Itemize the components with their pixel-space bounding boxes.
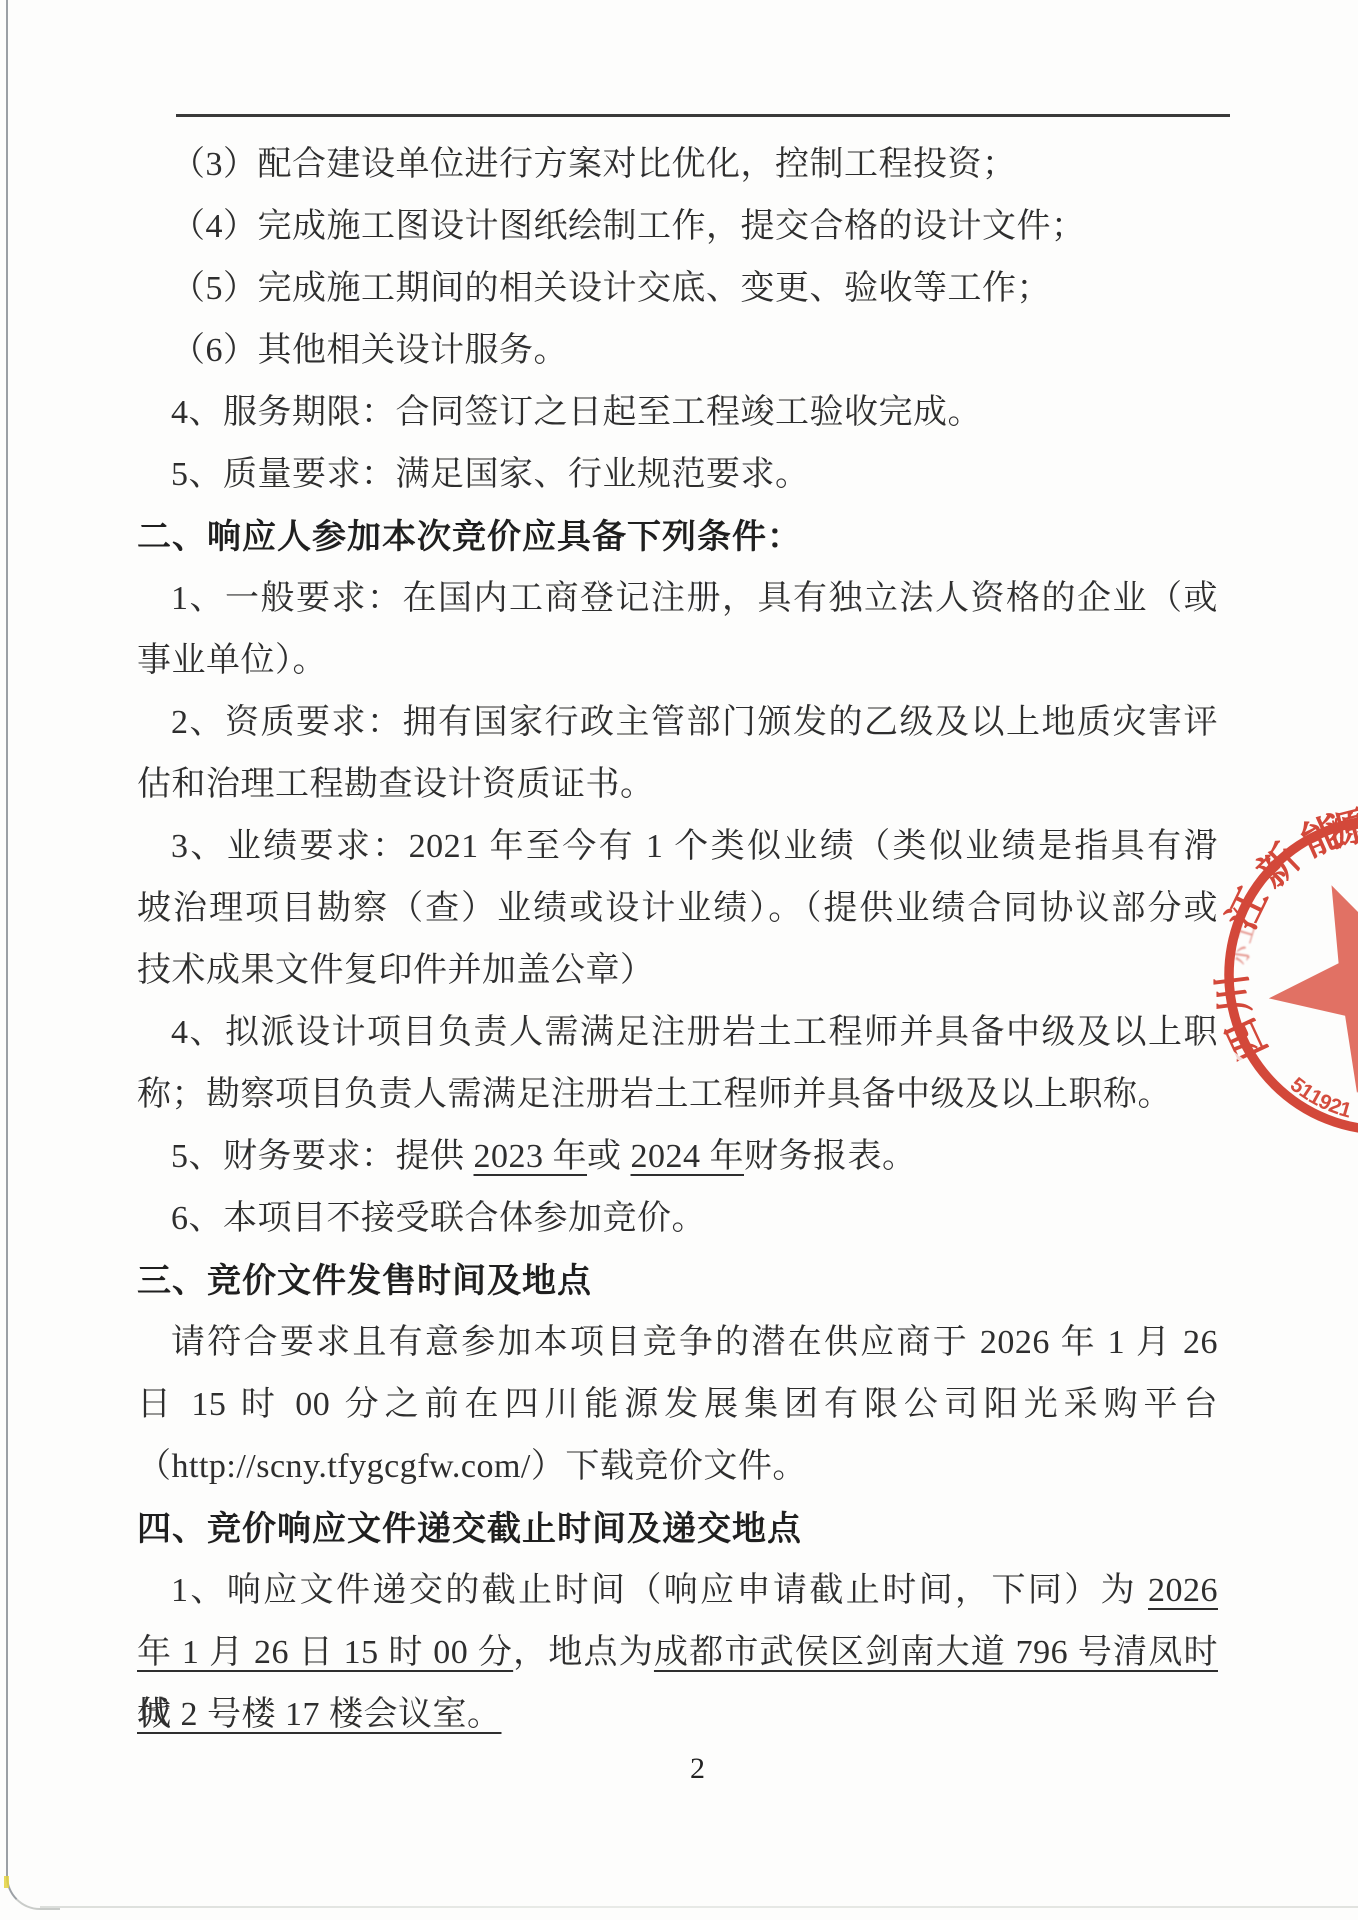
- svg-text:9: 9: [1315, 1090, 1335, 1116]
- text-line: （http://scny.tfygcgfw.com/）下载竞价文件。: [137, 1436, 1218, 1498]
- text-line: 3、业绩要求：2021 年至今有 1 个类似业绩（类似业绩是指具有滑: [137, 816, 1218, 878]
- text-run: （6）其他相关设计服务。: [171, 332, 568, 369]
- text-line: 6、本项目不接受联合体参加竞价。: [137, 1188, 1218, 1250]
- scan-bottom-edge-artifact: [40, 1906, 1358, 1908]
- text-line: 5、质量要求：满足国家、行业规范要求。: [137, 444, 1218, 506]
- text-run: 2、资质要求：拥有国家行政主管部门颁发的乙级及以上地质灾害评: [171, 704, 1218, 741]
- text-line: 估和治理工程勘查设计资质证书。: [137, 754, 1218, 816]
- svg-text:2: 2: [1326, 1094, 1345, 1120]
- text-line: 4、服务期限：合同签订之日起至工程竣工验收完成。: [137, 382, 1218, 444]
- text-line: 5、财务要求：提供 2023 年或 2024 年财务报表。: [137, 1126, 1218, 1188]
- text-run: 财务报表。: [744, 1138, 917, 1175]
- text-line: （6）其他相关设计服务。: [137, 320, 1218, 382]
- underlined-text: 城 2 号楼 17 楼会议室。: [137, 1696, 502, 1733]
- svg-text:1: 1: [1305, 1085, 1327, 1111]
- seal-ring: [1229, 820, 1358, 1130]
- text-run: 四、竞价响应文件递交截止时间及递交地点: [137, 1510, 802, 1548]
- svg-text:工: 工: [1234, 921, 1260, 945]
- section-heading: 四、竞价响应文件递交截止时间及递交地点: [137, 1498, 1218, 1560]
- text-line: 坡治理项目勘察（查）业绩或设计业绩）。（提供业绩合同协议部分或: [137, 878, 1218, 940]
- text-run: （3）配合建设单位进行方案对比优化，控制工程投资；: [171, 146, 1017, 183]
- star-icon: [1269, 885, 1358, 1093]
- text-line: 事业单位）。: [137, 630, 1218, 692]
- svg-text:1: 1: [1295, 1079, 1318, 1105]
- text-run: 三、竞价文件发售时间及地点: [137, 1262, 592, 1300]
- text-run: 1、一般要求：在国内工商登记注册，具有独立法人资格的企业（或: [171, 580, 1218, 617]
- text-run: （http://scny.tfygcgfw.com/）下载竞价文件。: [137, 1448, 807, 1485]
- text-line: （5）完成施工期间的相关设计交底、变更、验收等工作；: [137, 258, 1218, 320]
- text-run: 事业单位）。: [137, 642, 327, 679]
- text-run: 4、拟派设计项目负责人需满足注册岩土工程师并具备中级及以上职: [171, 1014, 1218, 1051]
- text-run: （5）完成施工期间的相关设计交底、变更、验收等工作；: [171, 270, 1051, 307]
- text-run: 称；勘察项目负责人需满足注册岩土工程师并具备中级及以上职称。: [137, 1076, 1172, 1113]
- text-run: 坡治理项目勘察（查）业绩或设计业绩）。（提供业绩合同协议部分或: [137, 890, 1218, 927]
- text-run: 请符合要求且有意参加本项目竞争的潜在供应商于 2026 年 1 月 26: [171, 1324, 1218, 1361]
- text-run: 5、财务要求：提供: [171, 1138, 474, 1175]
- svg-text:1: 1: [1337, 1097, 1355, 1122]
- seal-crack-artifact: [1218, 1042, 1244, 1062]
- text-run: 1、响应文件递交的截止时间（响应申请截止时间，下同）为: [171, 1572, 1148, 1609]
- underlined-text: 2026: [1148, 1572, 1218, 1609]
- text-run: （4）完成施工图设计图纸绘制工作，提交合格的设计文件；: [171, 208, 1086, 245]
- text-run: 二、响应人参加本次竞价应具备下列条件：: [137, 518, 802, 556]
- text-run: 6、本项目不接受联合体参加竞价。: [171, 1200, 706, 1237]
- section-heading: 三、竞价文件发售时间及地点: [137, 1250, 1218, 1312]
- scanned-document-page: （3）配合建设单位进行方案对比优化，控制工程投资；（4）完成施工图设计图纸绘制工…: [0, 0, 1358, 1920]
- text-line: 请符合要求且有意参加本项目竞争的潜在供应商于 2026 年 1 月 26: [137, 1312, 1218, 1374]
- text-line: 称；勘察项目负责人需满足注册岩土工程师并具备中级及以上职称。: [137, 1064, 1218, 1126]
- underlined-text: 2023 年: [474, 1138, 588, 1175]
- text-line: 技术成果文件复印件并加盖公章）: [137, 940, 1218, 1002]
- svg-text:小: 小: [1229, 943, 1254, 966]
- text-run: 4、服务期限：合同签订之日起至工程竣工验收完成。: [171, 394, 982, 431]
- text-line: 日 15 时 00 分之前在四川能源发展集团有限公司阳光采购平台: [137, 1374, 1218, 1436]
- text-line: （3）配合建设单位进行方案对比优化，控制工程投资；: [137, 134, 1218, 196]
- scan-corner-artifact: [6, 1820, 60, 1910]
- text-line: 4、拟派设计项目负责人需满足注册岩土工程师并具备中级及以上职: [137, 1002, 1218, 1064]
- text-run: 估和治理工程勘查设计资质证书。: [137, 766, 655, 803]
- text-run: 日 15 时 00 分之前在四川能源发展集团有限公司阳光采购平台: [137, 1386, 1218, 1423]
- svg-text:能: 能: [1295, 808, 1350, 865]
- seal-crack-artifact: [1230, 812, 1272, 862]
- text-run: ，地点为: [513, 1634, 654, 1671]
- text-run: 或: [587, 1138, 631, 1175]
- underlined-text: 2024 年: [631, 1138, 745, 1175]
- text-line: 2、资质要求：拥有国家行政主管部门颁发的乙级及以上地质灾害评: [137, 692, 1218, 754]
- seal-arc-text: 四 川 小 工 江 新 能 源: [1210, 803, 1358, 1066]
- text-line: 城 2 号楼 17 楼会议室。: [137, 1684, 1218, 1746]
- text-line: 年 1 月 26 日 15 时 00 分，地点为成都市武侯区剑南大道 796 号…: [137, 1622, 1218, 1684]
- text-run: 技术成果文件复印件并加盖公章）: [137, 952, 655, 989]
- document-body: （3）配合建设单位进行方案对比优化，控制工程投资；（4）完成施工图设计图纸绘制工…: [137, 134, 1218, 1746]
- text-run: 5、质量要求：满足国家、行业规范要求。: [171, 456, 810, 493]
- text-line: （4）完成施工图设计图纸绘制工作，提交合格的设计文件；: [137, 196, 1218, 258]
- svg-text:5: 5: [1286, 1073, 1310, 1099]
- scan-yellow-mark-artifact: [4, 1876, 9, 1888]
- text-line: 1、一般要求：在国内工商登记注册，具有独立法人资格的企业（或: [137, 568, 1218, 630]
- svg-text:江: 江: [1220, 881, 1277, 936]
- seal-code: 5 1 1 9 2 1: [1286, 1073, 1355, 1123]
- scan-left-edge-artifact: [6, 0, 8, 1878]
- header-rule: [176, 114, 1230, 117]
- text-run: 3、业绩要求：2021 年至今有 1 个类似业绩（类似业绩是指具有滑: [171, 828, 1218, 865]
- svg-text:新: 新: [1249, 837, 1308, 896]
- text-line: 1、响应文件递交的截止时间（响应申请截止时间，下同）为 2026: [137, 1560, 1218, 1622]
- page-number: 2: [690, 1752, 705, 1786]
- svg-text:源: 源: [1322, 803, 1358, 856]
- section-heading: 二、响应人参加本次竞价应具备下列条件：: [137, 506, 1218, 568]
- underlined-text: 年 1 月 26 日 15 时 00 分: [137, 1634, 513, 1671]
- svg-text:四: 四: [1219, 1011, 1276, 1066]
